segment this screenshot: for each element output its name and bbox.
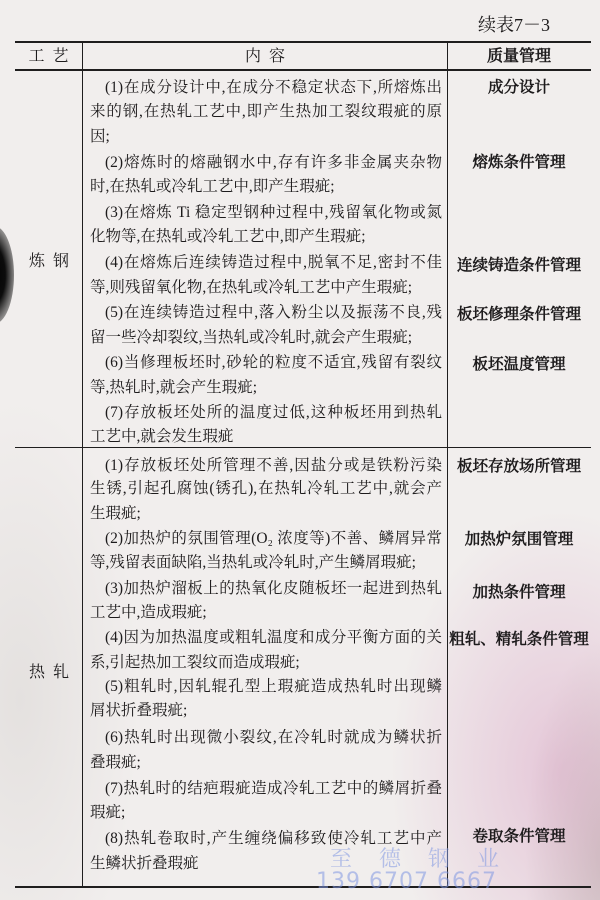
content-line: 生锈,引起孔腐蚀(锈孔),在热轧冷轧工艺中,就会产 <box>90 479 442 499</box>
content-line: 屑状折叠瑕疵; <box>90 701 442 721</box>
content-line: (1)存放板坯处所管理不善,因盐分或是铁粉污染 <box>90 456 442 476</box>
table-header-rule <box>15 69 591 71</box>
content-line: (6)热轧时出现微小裂纹,在冷轧时就成为鳞状折 <box>90 728 442 748</box>
quality-label: 加热条件管理 <box>448 583 590 603</box>
content-line: (3)在熔炼 Ti 稳定型钢种过程中,残留氧化物或氮 <box>90 203 442 223</box>
content-line: (7)存放板坯处所的温度过低,这种板坯用到热轧 <box>90 403 442 423</box>
content-line: 系,引起热加工裂纹而造成瑕疵; <box>90 653 442 673</box>
content-line: (5)在连续铸造过程中,落入粉尘以及振荡不良,残 <box>90 303 442 323</box>
quality-label: 板坯修理条件管理 <box>448 305 590 325</box>
content-line: 留一些冷却裂纹,当热轧或冷轧时,就会产生瑕疵; <box>90 328 442 348</box>
quality-label: 板坯存放场所管理 <box>448 457 590 477</box>
table-bottom-rule <box>15 886 591 888</box>
column-divider-process <box>82 42 83 887</box>
quality-label: 卷取条件管理 <box>448 827 590 847</box>
content-line: (4)在熔炼后连续铸造过程中,脱氧不足,密封不佳 <box>90 253 442 273</box>
content-line: 因; <box>90 127 442 147</box>
table-header-process: 工 艺 <box>15 47 82 67</box>
binding-hole-shadow <box>0 226 14 324</box>
content-line: 工艺中,就会发生瑕疵 <box>90 427 442 447</box>
process-label-steelmaking: 炼 钢 <box>15 252 83 272</box>
content-line: (3)加热炉溜板上的热氧化皮随板坯一起进到热轧 <box>90 579 442 599</box>
quality-label: 粗轧、精轧条件管理 <box>448 630 590 650</box>
content-line: 化物等,在热轧或冷轧工艺中,即产生瑕疵; <box>90 227 442 247</box>
quality-label: 熔炼条件管理 <box>448 153 590 173</box>
table-top-rule <box>15 41 591 43</box>
content-line: 瑕疵; <box>90 803 442 823</box>
content-line: 工艺中,造成瑕疵; <box>90 603 442 623</box>
content-line: (1)在成分设计中,在成分不稳定状态下,所熔炼出 <box>90 78 442 98</box>
table-header-quality: 质量管理 <box>448 47 590 67</box>
quality-label: 成分设计 <box>448 78 590 98</box>
quality-label: 连续铸造条件管理 <box>448 256 590 276</box>
content-line: 时,在热轧或冷轧工艺中,即产生瑕疵; <box>90 177 442 197</box>
quality-label: 加热炉氛围管理 <box>448 530 590 550</box>
table-header-content: 内 容 <box>83 47 447 67</box>
content-line: (2)加热炉的氛围管理(O₂ 浓度等)不善、鳞屑异常 <box>90 529 442 549</box>
content-line: 叠瑕疵; <box>90 753 442 773</box>
content-line: 来的钢,在热轧工艺中,即产生热加工裂纹瑕疵的原 <box>90 102 442 122</box>
content-line: (6)当修理板坯时,砂轮的粒度不适宜,残留有裂纹 <box>90 353 442 373</box>
table-caption: 续表7－3 <box>478 14 550 36</box>
content-line: (4)因为加热温度或粗轧温度和成分平衡方面的关 <box>90 628 442 648</box>
content-line: 等,则残留氧化物,在热轧或冷轧工艺中产生瑕疵; <box>90 278 442 298</box>
content-line: (2)熔炼时的熔融钢水中,存有许多非金属夹杂物 <box>90 153 442 173</box>
content-line: (5)粗轧时,因轧辊孔型上瑕疵造成热轧时出现鳞 <box>90 677 442 697</box>
quality-label: 板坯温度管理 <box>448 355 590 375</box>
content-line: (7)热轧时的结疤瑕疵造成冷轧工艺中的鳞屑折叠 <box>90 779 442 799</box>
process-label-hot-rolling: 热 轧 <box>15 663 83 683</box>
content-line: 生瑕疵; <box>90 504 442 524</box>
content-line: 等,热轧时,就会产生瑕疵; <box>90 378 442 398</box>
content-line: (8)热轧卷取时,产生缠绕偏移致使冷轧工艺中产 <box>90 829 442 849</box>
content-line: 等,残留表面缺陷,当热轧或冷轧时,产生鳞屑瑕疵; <box>90 553 442 573</box>
content-line: 生鳞状折叠瑕疵 <box>90 854 442 874</box>
section-divider-rule <box>15 447 591 448</box>
